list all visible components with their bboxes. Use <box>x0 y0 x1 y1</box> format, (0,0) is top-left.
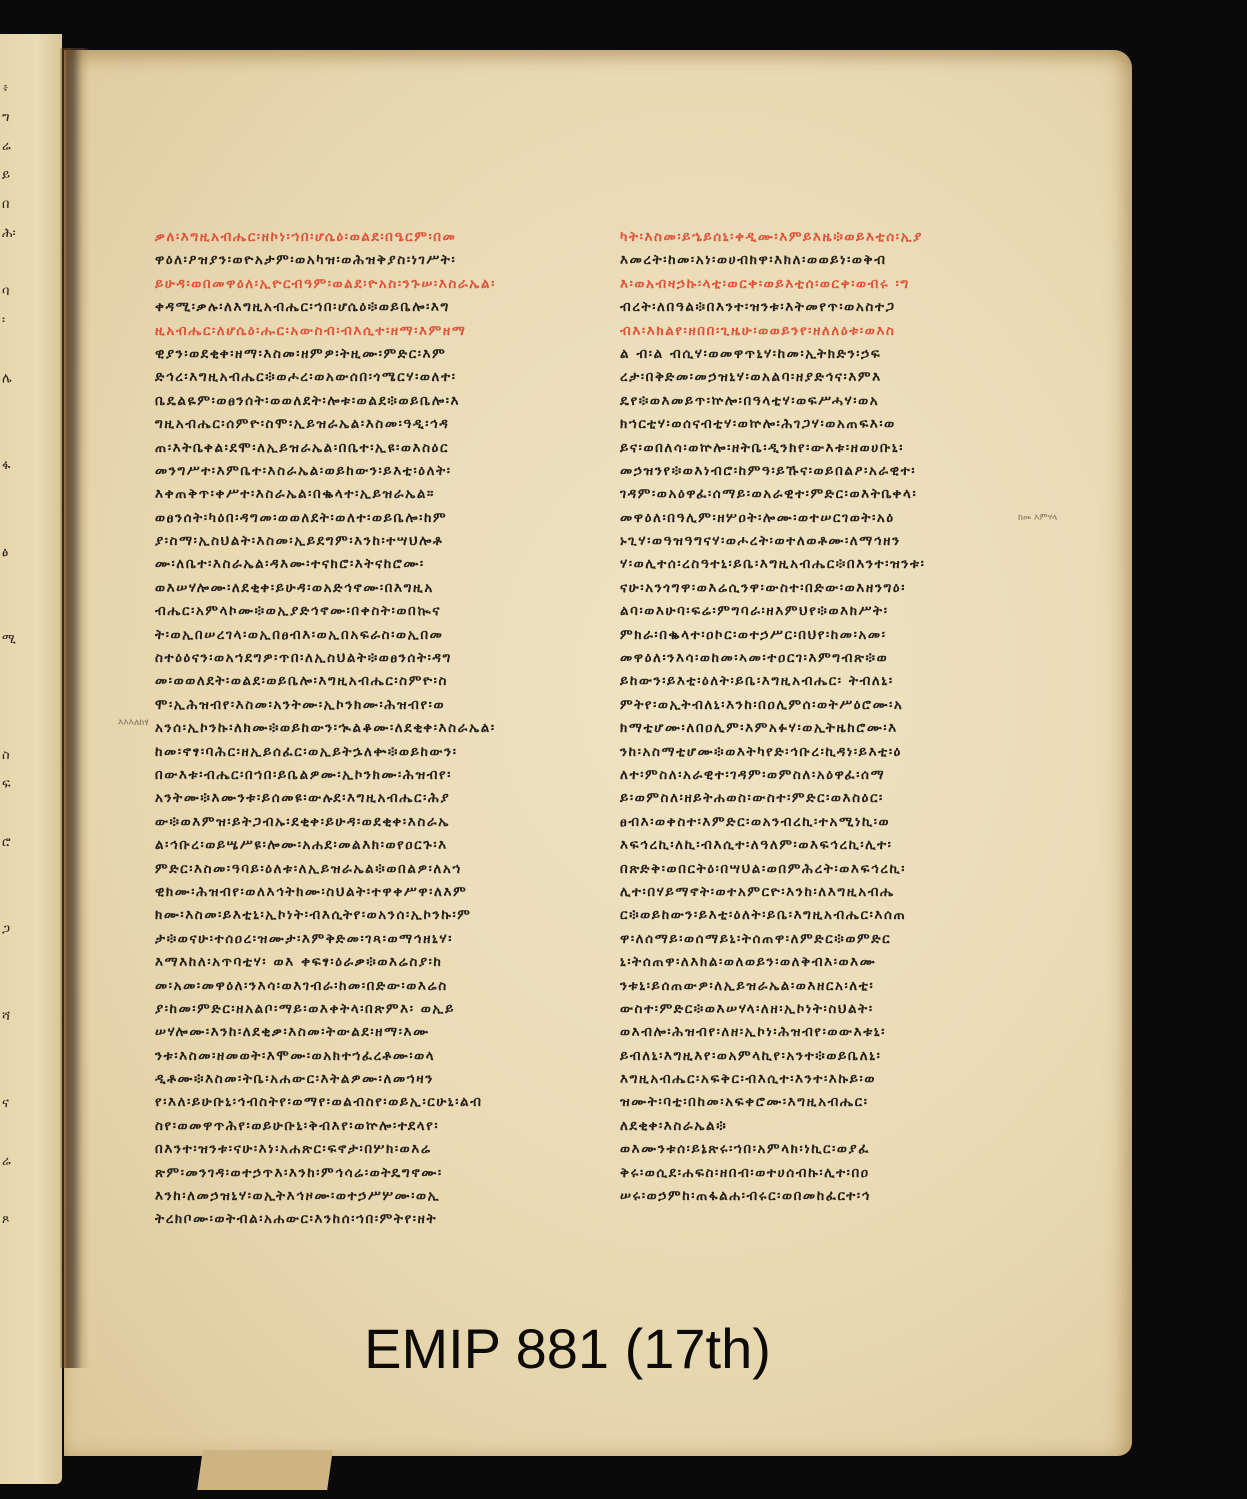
text-line: ምክራ፡በቈላተ፡ዐኮር፡ወተኃሥር፡በህየ፡ከመ፡አመ፡ <box>620 624 1060 647</box>
caption-label: EMIP 881 (17th) <box>0 1316 1247 1381</box>
text-line: ል፡ኅቡረ፡ወይሤሥዩ፡ሎሙ፡አሐደ፡መልእክ፡ወየዐርጉ፡እ <box>155 834 575 857</box>
text-column-left: ቃለ፡እግዚአብሔር፡ዘኮነ፡ኀበ፡ሆሴዕ፡ወልደ፡በዔርም፡በመዋዕለ፡ዖዝያ… <box>155 226 575 1232</box>
text-line: ት፡ወኢበሠረገላ፡ወኢበፀብእ፡ወኢበአፍራስ፡ወኢበመ <box>155 624 575 647</box>
text-line: መኃዝንየ፨ወእነብሮ፡ከምዓ፡ይኹና፡ወይበልዖ፡አራዊተ፡ <box>620 460 1060 483</box>
text-line: እንከ፡ለመኃዝኒሃ፡ወኢትእኅዞሙ፡ወተኃሥሦሙ፡ወኢ <box>155 1185 575 1208</box>
text-line: እማእከለ፡አጥባቲሃ፡ ወእ ቀፍፃ፡ዕራቃ፨ወእሬስያ፡ከ <box>155 951 575 974</box>
rubric-line: ካት፡እስመ፡ይኄይሰኒ፡ቀዲሙ፡እምይእዜ፨ወይእቲሰ፡ኢያ <box>620 226 1060 249</box>
rubric-line: ቃለ፡እግዚአብሔር፡ዘኮነ፡ኀበ፡ሆሴዕ፡ወልደ፡በዔርም፡በመ <box>155 226 575 249</box>
text-line: ይከውን፡ይእቲ፡ዕለት፡ይቤ፡እግዚአብሔር፡ ትብለኒ፡ <box>620 670 1060 693</box>
text-line: ሙ፡ለቤተ፡እስራኤል፡ዳእሙ፡ተናክሮ፡እትናከሮሙ፡ <box>155 553 575 576</box>
text-line: ዴየ፨ወእመይጥ፡ኵሎ፡በዓላቲሃ፡ወፍሥሓሃ፡ወአ <box>620 390 1060 413</box>
text-line: ፀብእ፡ወቀስተ፡እምድር፡ወአንብረኪ፡ተአሚነኪ፡ወ <box>620 811 1060 834</box>
text-line: ታ፨ወናሁ፡ተሰዐረ፡ዝሙታ፡እምቅድመ፡ገጻ፡ወማኅዘኒሃ፡ <box>155 928 575 951</box>
text-line: ለተ፡ምስለ፡አራዊተ፡ገዳም፡ወምስለ፡አዕዋፈ፡ሰማ <box>620 764 1060 787</box>
text-line: ቀዳሚ፡ቃሉ፡ለእግዚአብሔር፡ኀበ፡ሆሴዕ፨ወይቤሎ፡እግ <box>155 296 575 319</box>
text-line: እመረት፡ከመ፡አነ፡ወሀብክዋ፡እክለ፡ወወይነ፡ወቅብ <box>620 249 1060 272</box>
text-line: ል ብ፡ል ብሲሃ፡ወመዋጥኒሃ፡ከመ፡ኢትክድን፡ኃፍ <box>620 343 1060 366</box>
text-line: ግዚአብሔር፡ሰምዮ፡ስሞ፡ኢይዝራኤል፡እስመ፡ዓዲ፡ኅዳ <box>155 413 575 436</box>
text-line: ያ፡ከመ፡ምድር፡ዘአልቦ፡ማይ፡ወእቀትላ፡በጽምእ፡ ወኢይ <box>155 998 575 1021</box>
text-line: ር፨ወይከውን፡ይእቲ፡ዕለት፡ይቤ፡እግዚአብሔር፡እሰጠ <box>620 904 1060 927</box>
text-line: ዊያን፡ወደቂቀ፡ዘማ፡እስመ፡ዘምዎ፡ትዚሙ፡ምድር፡እም <box>155 343 575 366</box>
torn-flap <box>197 1450 333 1490</box>
text-line: ብሔር፡አምላኮሙ፨ወኢያድኅኖሙ፡በቀስት፡ወበኲና <box>155 600 575 623</box>
rubric-line: ብእ፡እክልየ፡ዘበበ፡ጊዜሁ፡ወወይንየ፡ዘለለዕቱ፡ወእስ <box>620 320 1060 343</box>
text-line: የ፡እለ፡ይሁቡኒ፡ኅብስትየ፡ወማየ፡ወልብስየ፡ወይኢ፡ርሁኒ፡ልብ <box>155 1091 575 1114</box>
text-line: መ፡አመ፡መዋዕለ፡ንእሳ፡ወእገብራ፡ከመ፡በድው፡ወእሬስ <box>155 975 575 998</box>
text-line: ሃ፡ወሊተሰ፡ረስዓተኒ፡ይቤ፡እግዚአብሔር፨በእንተ፡ዝንቱ፡ <box>620 553 1060 576</box>
text-line: አንትሙ፨እሙንቱ፡ይሰመዩ፡ውሉደ፡እግዚአብሔር፡ሕያ <box>155 787 575 810</box>
text-line: አንሰ፡ኢኮንኩ፡ለክሙ፨ወይከውን፡ኊልቆሙ፡ለደቂቀ፡እስራኤል፡ <box>155 717 575 740</box>
text-line: ይ፡ወምስለ፡ዘይትሐወስ፡ውስተ፡ምድር፡ወእስዕር፡ <box>620 787 1060 810</box>
text-line: መዋዕለ፡በዓሊም፡ዘሦዐት፡ሎሙ፡ወተሠርገወት፡አዕ <box>620 507 1060 530</box>
text-line: እፍኅረኪ፡ለኪ፡ብእሲተ፡ለዓለም፡ወእፍኅረኪ፡ሊተ፡ <box>620 834 1060 857</box>
text-line: ልባ፡ወእሁባ፡ፍሬ፡ምግባራ፡ዘእምህየ፨ወእክሥት፡ <box>620 600 1060 623</box>
text-column-right: ካት፡እስመ፡ይኄይሰኒ፡ቀዲሙ፡እምይእዜ፨ወይእቲሰ፡ኢያእመረት፡ከመ፡አ… <box>620 226 1060 1208</box>
text-line: ብረት፡ለበዓል፨በእንተ፡ዝንቱ፡እትመየጥ፡ወአስተጋ <box>620 296 1060 319</box>
text-line: ዋዕለ፡ዖዝያን፡ወዮአታም፡ወአካዝ፡ወሕዝቅያስ፡ነገሥት፡ <box>155 249 575 272</box>
text-line: ከመ፡ኖፃ፡ባሕር፡ዘኢይሰፈር፡ወኢይትኌለቍ፨ወይከውን፡ <box>155 741 575 764</box>
gutter-stain <box>60 48 90 1368</box>
text-line: ሠሃሎሙ፡እንከ፡ለደቂቃ፡እስመ፡ትውልደ፡ዘማ፡እሙ <box>155 1021 575 1044</box>
text-line: ው፨ወእምዝ፡ይትጋብኡ፡ደቂቀ፡ይሁዳ፡ወደቂቀ፡እስራኤ <box>155 811 575 834</box>
text-line: በእንተ፡ዝንቱ፡ናሁ፡እነ፡አሐጽር፡ፍኖታ፡በሦክ፡ወእሬ <box>155 1138 575 1161</box>
text-line: መንግሥተ፡እምቤተ፡እስራኤል፡ወይከውን፡ይእቲ፡ዕለት፡ <box>155 460 575 483</box>
text-line: ወእሠሃሎሙ፡ለደቂቀ፡ይሁዳ፡ወአድኅኖሙ፡በእግዚአ <box>155 577 575 600</box>
text-line: ክሙ፡እስመ፡ይእቲኒ፡ኢኮነት፡ብእሲትየ፡ወአንሰ፡ኢኮንኩ፡ም <box>155 904 575 927</box>
text-line: ገዳም፡ወአዕዋፈ፡ሰማይ፡ወአራዊተ፡ምድር፡ወእትቤቀላ፡ <box>620 483 1060 506</box>
text-line: መዋዕለ፡ንእሳ፡ወከመ፡ኣመ፡ተዐርገ፡እምግብጽ፨ወ <box>620 647 1060 670</box>
text-line: ድኅረ፡እግዚአብሔር፨ወሖረ፡ወአውሰበ፡ጎሜርሃ፡ወለተ፡ <box>155 366 575 389</box>
text-line: ይና፡ወበለሳ፡ወኵሎ፡ዘትቤ፡ዲንክየ፡ውእቱ፡ዘወሀቡኒ፡ <box>620 437 1060 460</box>
text-line: ስተዕዕናን፡ወአኀደግዎ፡ጥበ፡ለኢስህልት፨ወፀንሰት፡ዳግ <box>155 647 575 670</box>
text-line: ምድር፡እስመ፡ዓባይ፡ዕለቱ፡ለኢይዝራኤል፨ወበልዎ፡ለአኀ <box>155 858 575 881</box>
text-line: ዝሙት፡ባቲ፡በከመ፡አፍቀሮሙ፡እግዚአብሔር፡ <box>620 1091 1060 1114</box>
text-line: እግዚአብሔር፡አፍቅር፡ብእሲተ፡እንተ፡እኩይ፡ወ <box>620 1068 1060 1091</box>
text-line: በውእቱ፡ብሔር፡በኀበ፡ይቤልዎሙ፡ኢኮንክሙ፡ሕዝብየ፡ <box>155 764 575 787</box>
text-line: ንከ፡አስማቲሆሙ፨ወእትካየድ፡ኅቡረ፡ኪዳነ፡ይእቲ፡ዕ <box>620 741 1060 764</box>
text-line: ኑጊሃ፡ወዓዝዓግናሃ፡ወሖረት፡ወተለወቶሙ፡ለማኅዘን <box>620 530 1060 553</box>
rubric-line: ይሁዳ፡ወበመዋዕለ፡ኢዮርብዓም፡ወልደ፡ዮአስ፡ንጉሠ፡እስራኤል፡ <box>155 273 575 296</box>
text-line: ንቱ፡እስመ፡ዘመወት፡እሞሙ፡ወአክተኀፈረቶሙ፡ወላ <box>155 1045 575 1068</box>
text-line: ሊተ፡በሃይማኖት፡ወተአምርዮ፡እንከ፡ለእግዚአብሔ <box>620 881 1060 904</box>
text-line: ንቱኒ፡ይሰጠውዎ፡ለኢይዝራኤል፡ወእዘርአ፡ለቲ፡ <box>620 975 1060 998</box>
text-line: እቀጠቅጥ፡ቀሥተ፡እስራኤል፡በቈላተ፡ኢይዝራኤል። <box>155 483 575 506</box>
rubric-line: ዚአብሔር፡ለሆሴዕ፡ሑር፡አውስብ፡ብእሲተ፡ዘማ፡እምዘማ <box>155 320 575 343</box>
text-line: ረታ፡በቅድመ፡መኃዝኒሃ፡ወአልባ፡ዘያድኅና፡እምእ <box>620 366 1060 389</box>
text-line: ጽም፡መንገዳ፡ወተኃጥእ፡እንከ፡ምኅሳሬ፡ወትዴግኖሙ፡ <box>155 1162 575 1185</box>
text-line: ሞ፡ኢሕዝብየ፡እስመ፡አንትሙ፡ኢኮንክሙ፡ሕዝብየ፡ወ <box>155 694 575 717</box>
marginal-note-left: እእእለከፃ <box>118 718 149 728</box>
text-line: ስየ፡ወመዋጥሕየ፡ወይሁቡኒ፡ቅብእየ፡ወኵሎ፡ተደላየ፡ <box>155 1115 575 1138</box>
text-line: ዲቶሙ፨እስመ፡ትቤ፡አሐውር፡እትልዎሙ፡ለመኀዛን <box>155 1068 575 1091</box>
text-line: ቅሩ፡ወሲደ፡ሐፍስ፡ዘበብ፡ወተሀሰብኩ፡ሊተ፡በዐ <box>620 1162 1060 1185</box>
text-line: ትረክቦሙ፡ወትብል፡አሐውር፡እንከሰ፡ኀበ፡ምትየ፡ዘት <box>155 1208 575 1231</box>
text-line: ክማቲሆሙ፡ለበዐሊም፡እምአፉሃ፡ወኢትዜከሮሙ፡እ <box>620 717 1060 740</box>
text-line: ውስተ፡ምድር፨ወእሠሃላ፡ለዘ፡ኢኮነት፡ስህልት፡ <box>620 998 1060 1021</box>
text-line: ያ፡ስማ፡ኢስህልት፡እስመ፡ኢይደግም፡እንከ፡ተሣህሎቶ <box>155 530 575 553</box>
rubric-line: እ፡ወአብዛኃኩ፡ላቲ፡ወርቀ፡ወይእቲሰ፡ወርቀ፡ወብሩ ፡ግ <box>620 273 1060 296</box>
text-line: መ፡ወወለደት፡ወልደ፡ወይቤሎ፡እግዚአብሔር፡ስምዮ፡ስ <box>155 670 575 693</box>
text-line: ወፀንሰት፡ካዕበ፡ዳግመ፡ወወለደት፡ወለተ፡ወይቤሎ፡ከም <box>155 507 575 530</box>
text-line: ናሁ፡አንጎግዋ፡ወእሬሲንዋ፡ውስተ፡በድው፡ወእዘንግዕ፡ <box>620 577 1060 600</box>
marginal-note-right: ከመ እምሃላ <box>1018 513 1057 523</box>
text-line: በጽድቅ፡ወበርትዕ፡በሣህል፡ወበምሕረት፡ወእፍኅረኪ፡ <box>620 858 1060 881</box>
text-line: ዋ፡ለሰማይ፡ወሰማይኒ፡ትሰጠዋ፡ለምድር፨ወምድር <box>620 928 1060 951</box>
text-line: ክኀርቲሃ፡ወሰናብቲሃ፡ወኵሎ፡ሕገጋሃ፡ወአጠፍእ፡ወ <box>620 413 1060 436</box>
text-line: ሠሩ፡ወኃምከ፡ጠፋልሐ፡ብሩር፡ወበመከፈርተ፡ኅ <box>620 1185 1060 1208</box>
text-line: ይብለኒ፡እግዚእየ፡ወአምላኪየ፡አንተ፨ወይቤለኒ፡ <box>620 1045 1060 1068</box>
facing-page-text: ፥ ግ ሬ ይ በ ሕ፡ ባ ፡ ሌ ፋ ፅ ሚ ስ ፍ ሮ ጋ ሻ ና ሬ ጾ <box>2 74 22 1234</box>
manuscript-photo: ፥ ግ ሬ ይ በ ሕ፡ ባ ፡ ሌ ፋ ፅ ሚ ስ ፍ ሮ ጋ ሻ ና ሬ ጾ… <box>0 0 1247 1499</box>
text-line: ዊክሙ፡ሕዝብየ፡ወለእኅትክሙ፡ስህልት፡ተዋቀሥዋ፡ለእም <box>155 881 575 904</box>
text-line: ኒ፡ትሰጠዋ፡ለእክል፡ወለወይን፡ወለቅብእ፡ወእሙ <box>620 951 1060 974</box>
text-line: ወእብሎ፡ሕዝብየ፡ለዘ፡ኢኮነ፡ሕዝብየ፡ወውእቱኒ፡ <box>620 1021 1060 1044</box>
text-line: ወእሙንቱሰ፡ይኔጽሩ፡ኀበ፡አምላክ፡ነኪር፡ወያፈ <box>620 1138 1060 1161</box>
text-line: ቤዴልዬም፡ወፀንሰት፡ወወለደት፡ሎቱ፡ወልደ፨ወይቤሎ፡እ <box>155 390 575 413</box>
text-line: ለደቂቀ፡እስራኤል፨ <box>620 1115 1060 1138</box>
text-line: ምትየ፡ወኢትብለኒ፡እንከ፡በዐሊምሰ፡ወትሥዕሮሙ፡አ <box>620 694 1060 717</box>
facing-page-edge: ፥ ግ ሬ ይ በ ሕ፡ ባ ፡ ሌ ፋ ፅ ሚ ስ ፍ ሮ ጋ ሻ ና ሬ ጾ <box>0 34 62 1484</box>
text-line: ጠ፡እትቤቀል፡ደሞ፡ለኢይዝራኤል፡በቤተ፡ኢዩ፡ወእስዕር <box>155 437 575 460</box>
